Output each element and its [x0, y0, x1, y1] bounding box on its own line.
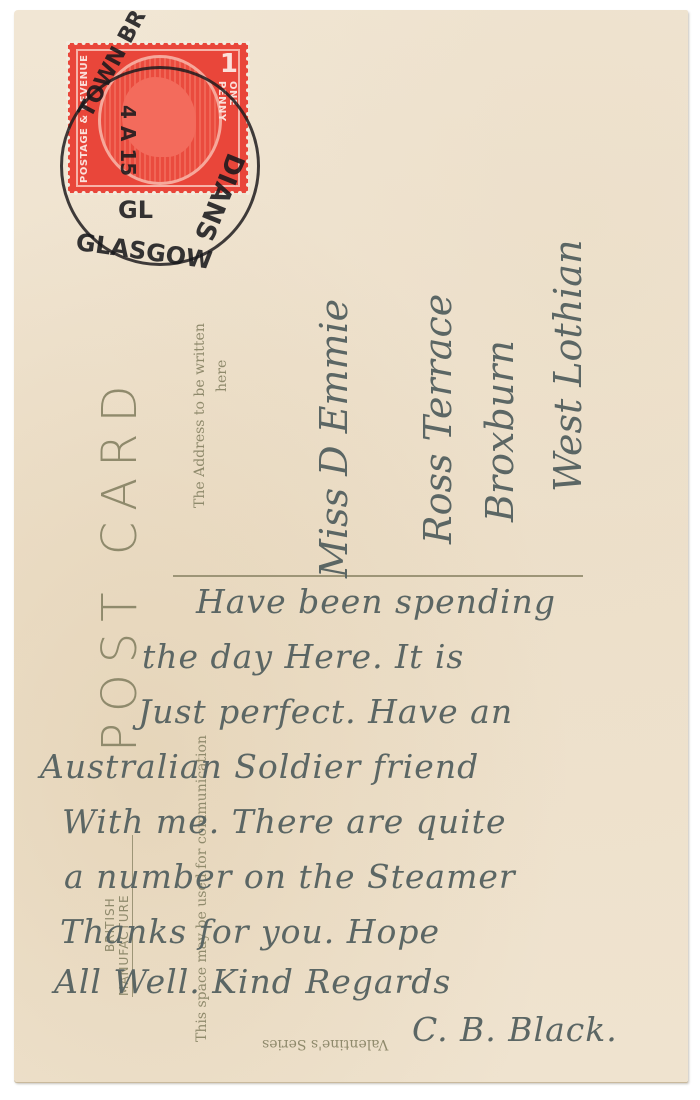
- message-line-6: a number on the Steamer: [64, 857, 516, 896]
- publisher-label: Valentine's Series: [262, 1036, 388, 1052]
- message-line-5: With me. There are quite: [62, 802, 506, 841]
- address-line-street: Ross Terrace: [416, 294, 460, 544]
- address-hint-line2: here: [214, 360, 230, 392]
- message-line-7: Thanks for you. Hope: [60, 912, 440, 951]
- postmark-date: 4 A 15: [116, 105, 140, 176]
- message-line-3: Just perfect. Have an: [138, 692, 513, 731]
- address-line-name: Miss D Emmie: [312, 299, 356, 578]
- message-line-8: All Well. Kind Regards: [54, 962, 451, 1001]
- address-line-county: West Lothian: [546, 240, 590, 492]
- address-divider-line: [173, 575, 583, 577]
- postmark-center: GL: [118, 196, 153, 224]
- address-line-town: Broxburn: [478, 340, 522, 522]
- stamp-value: 1: [220, 49, 238, 79]
- message-line-2: the day Here. It is: [142, 637, 464, 676]
- address-hint-line1: The Address to be written: [192, 323, 208, 508]
- message-line-4: Australian Soldier friend: [40, 747, 479, 786]
- signature: C. B. Black.: [412, 1010, 618, 1049]
- message-line-1: Have been spending: [196, 582, 556, 621]
